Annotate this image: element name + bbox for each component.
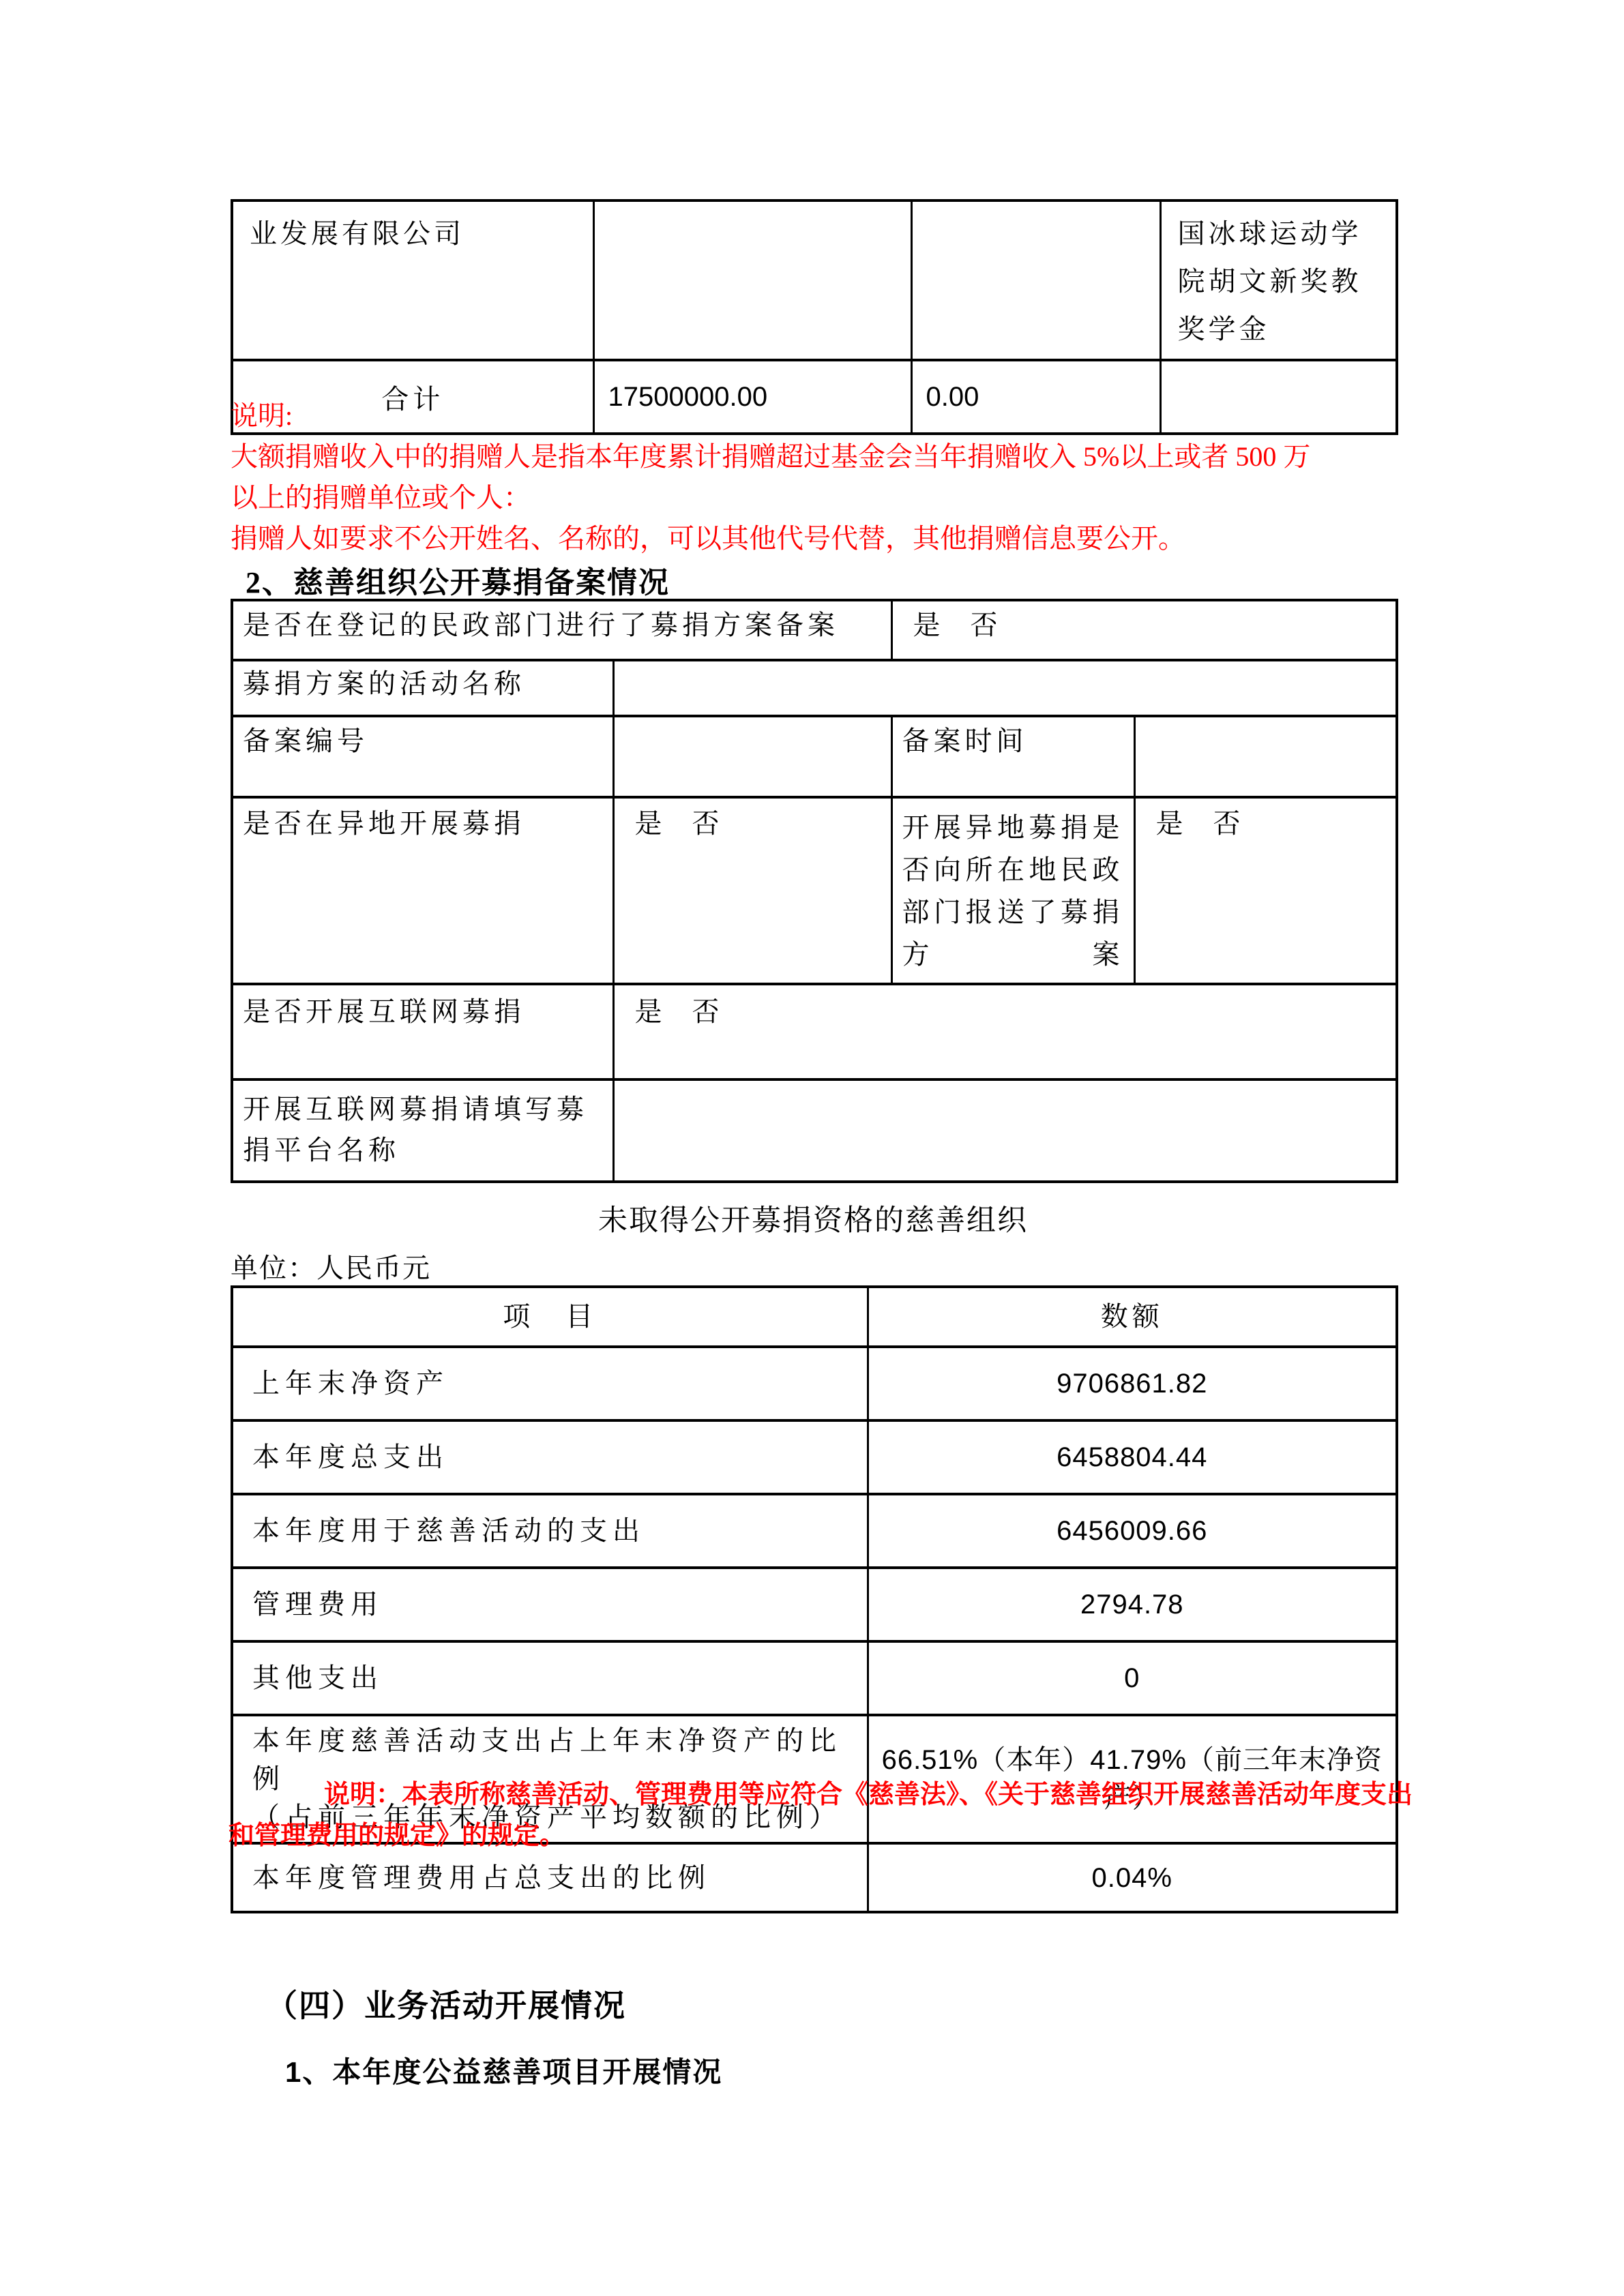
row-value: 6458804.44 <box>868 1420 1397 1494</box>
table-row-platform-name: 开展互联网募捐请填写募捐平台名称 <box>232 1079 1397 1182</box>
record-time-label: 备案时间 <box>891 716 1134 797</box>
table-row-internet-fundraising: 是否开展互联网募捐 是 否 <box>232 984 1397 1079</box>
section3-title: 未取得公开募捐资格的慈善组织 <box>231 1197 1396 1239</box>
donation-note-block: 说明: 大额捐赠收入中的捐赠人是指本年度累计捐赠超过基金会当年捐赠收入 5%以上… <box>231 396 1411 559</box>
internet-label: 是否开展互联网募捐 <box>232 984 613 1079</box>
table-row-activity-name: 募捐方案的活动名称 <box>232 660 1397 716</box>
section3-note: 说明：本表所称慈善活动、管理费用等应符合《慈善法》、《关于慈善组织开展慈善活动年… <box>228 1774 1415 1856</box>
table-header-row: 项 目 数额 <box>232 1287 1397 1347</box>
row-value: 2794.78 <box>868 1568 1397 1641</box>
donor-name-cell: 业发展有限公司 <box>232 200 593 360</box>
note-line: 捐赠人如要求不公开姓名、名称的，可以其他代号代替，其他捐赠信息要公开。 <box>231 518 1411 559</box>
note-line: 以上的捐赠单位或个人： <box>231 477 1411 518</box>
table-row: 本年度用于慈善活动的支出 6456009.66 <box>232 1494 1397 1568</box>
donor-purpose-cell: 国冰球运动学院胡文新奖教奖学金 <box>1160 200 1397 360</box>
row-label: 管理费用 <box>232 1568 868 1641</box>
internet-value: 是 否 <box>613 984 1397 1079</box>
offsite-report-label: 开展异地募捐是否向所在地民政部门报送了募捐方案 <box>891 797 1134 984</box>
row-label: 上年末净资产 <box>232 1347 868 1420</box>
activity-name-label: 募捐方案的活动名称 <box>232 660 613 716</box>
platform-name-value <box>613 1079 1397 1182</box>
section4-heading: （四）业务活动开展情况 <box>266 1981 626 2026</box>
record-number-value <box>613 716 891 797</box>
offsite-label: 是否在异地开展募捐 <box>232 797 613 984</box>
fundraising-record-table: 是否在登记的民政部门进行了募捐方案备案 是 否 募捐方案的活动名称 备案编号 备… <box>231 599 1398 1183</box>
row-label: 本年度总支出 <box>232 1420 868 1494</box>
row-label: 其他支出 <box>232 1641 868 1715</box>
section4-subheading: 1、本年度公益慈善项目开展情况 <box>285 2050 722 2091</box>
platform-name-label: 开展互联网募捐请填写募捐平台名称 <box>232 1079 613 1182</box>
table-row-record-filed: 是否在登记的民政部门进行了募捐方案备案 是 否 <box>232 600 1397 660</box>
donor-other-cell <box>911 200 1160 360</box>
row-value: 0 <box>868 1641 1397 1715</box>
table-row: 上年末净资产 9706861.82 <box>232 1347 1397 1420</box>
row-value: 9706861.82 <box>868 1347 1397 1420</box>
table-row: 其他支出 0 <box>232 1641 1397 1715</box>
table-row: 本年度总支出 6458804.44 <box>232 1420 1397 1494</box>
note-heading: 说明: <box>231 396 1411 436</box>
record-filed-label: 是否在登记的民政部门进行了募捐方案备案 <box>232 600 891 660</box>
table-row-offsite-fundraising: 是否在异地开展募捐 是 否 开展异地募捐是否向所在地民政部门报送了募捐方案 是 … <box>232 797 1397 984</box>
offsite-value: 是 否 <box>613 797 891 984</box>
table-row-donor: 业发展有限公司 国冰球运动学院胡文新奖教奖学金 <box>232 200 1397 360</box>
record-time-value <box>1134 716 1397 797</box>
record-number-label: 备案编号 <box>232 716 613 797</box>
table-row-record-number: 备案编号 备案时间 <box>232 716 1397 797</box>
offsite-report-value: 是 否 <box>1134 797 1397 984</box>
header-item: 项 目 <box>232 1287 868 1347</box>
section3-unit-label: 单位：人民币元 <box>231 1247 431 1285</box>
report-page: 业发展有限公司 国冰球运动学院胡文新奖教奖学金 合计 17500000.00 0… <box>0 0 1624 2296</box>
note-line: 大额捐赠收入中的捐赠人是指本年度累计捐赠超过基金会当年捐赠收入 5%以上或者 5… <box>231 436 1411 477</box>
header-amount: 数额 <box>868 1287 1397 1347</box>
row-label: 本年度用于慈善活动的支出 <box>232 1494 868 1568</box>
table-row: 管理费用 2794.78 <box>232 1568 1397 1641</box>
record-filed-value: 是 否 <box>891 600 1397 660</box>
row-value: 6456009.66 <box>868 1494 1397 1568</box>
donor-amount-cell <box>593 200 911 360</box>
activity-name-value <box>613 660 1397 716</box>
section2-heading: 2、慈善组织公开募捐备案情况 <box>246 558 670 601</box>
